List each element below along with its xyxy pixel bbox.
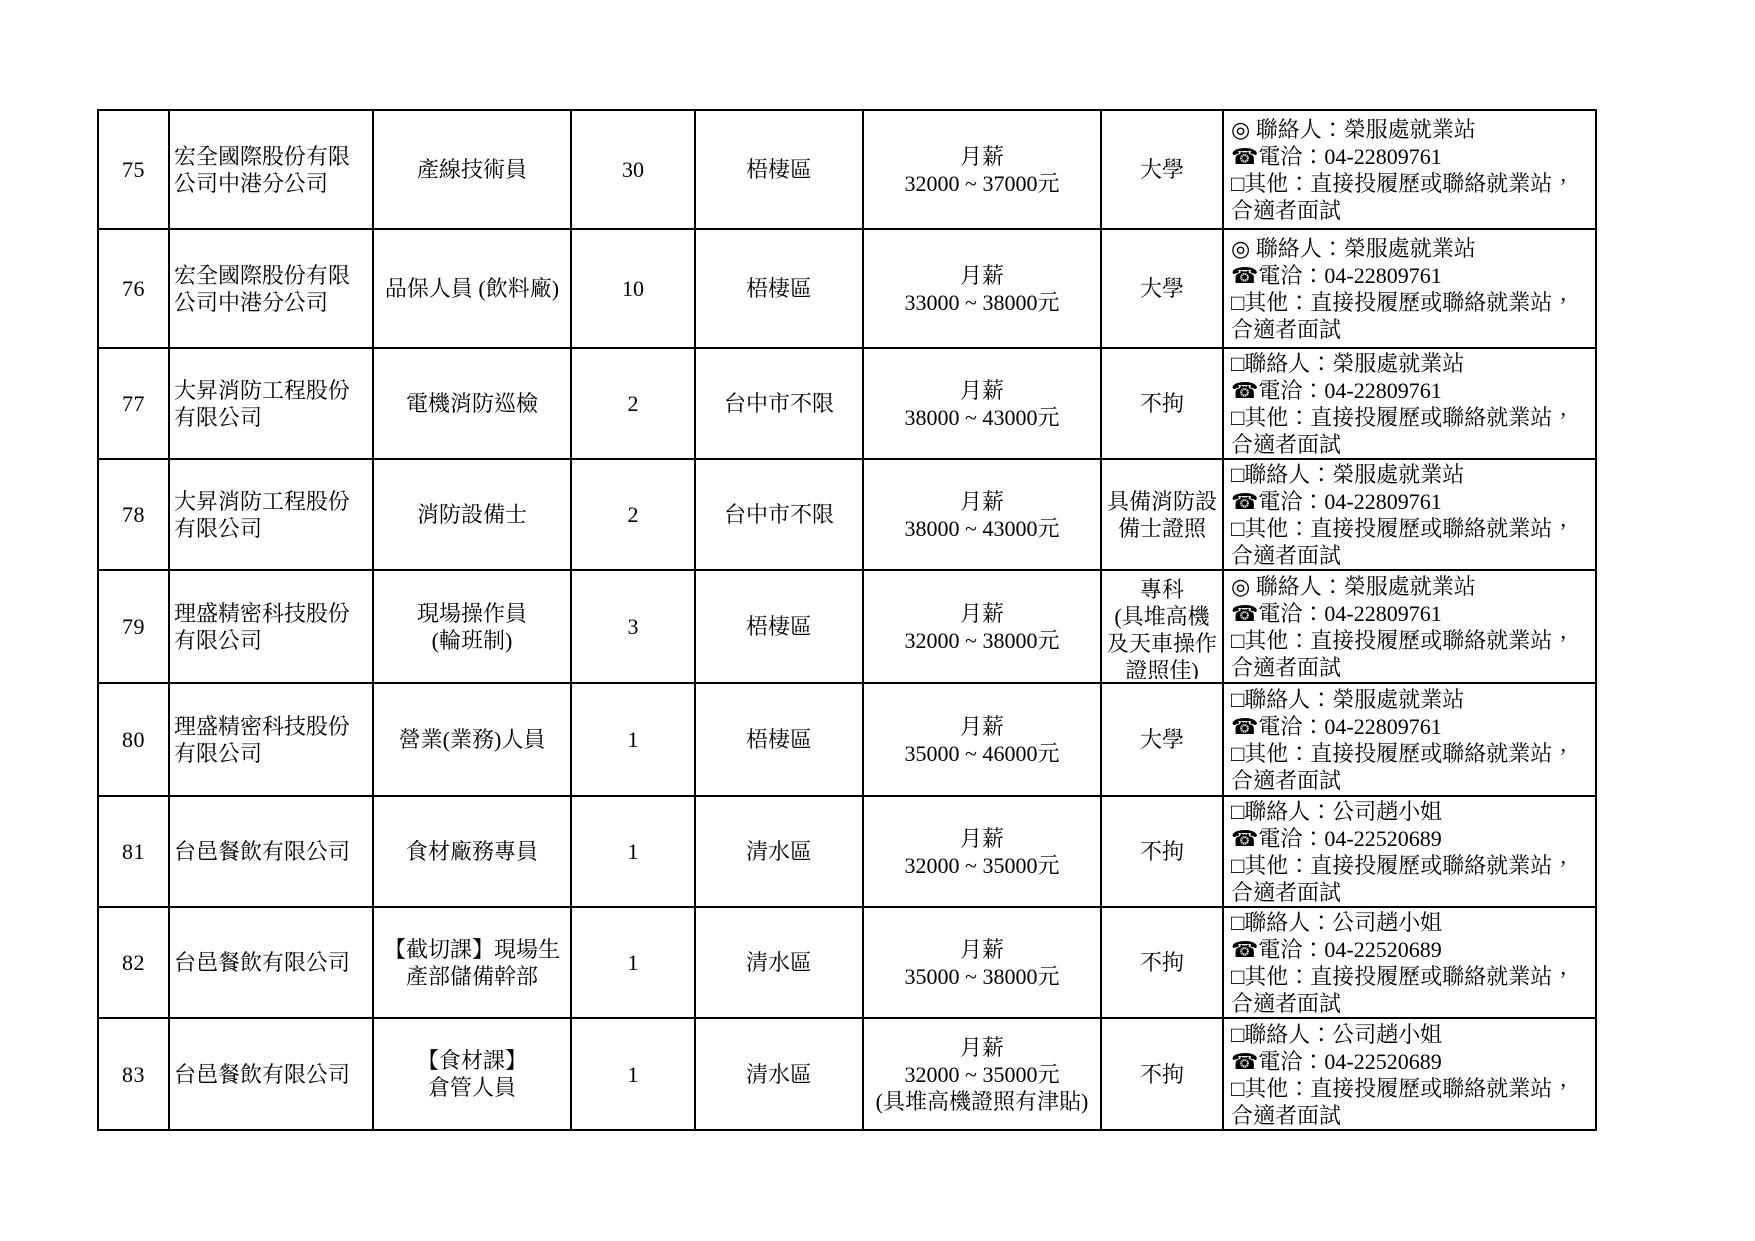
cell-job-title: 【截切課】現場生產部儲備幹部 xyxy=(373,907,571,1018)
cell-salary-line: (具堆高機證照有津貼) xyxy=(868,1088,1096,1115)
cell-district-text: 清水區 xyxy=(696,836,862,867)
cell-district-text: 台中市不限 xyxy=(696,499,862,530)
cell-contact-info-line: 合適者面試 xyxy=(1231,767,1593,794)
cell-contact-info-line: □聯絡人：榮服處就業站 xyxy=(1231,686,1593,713)
cell-row-number-text: 80 xyxy=(99,724,168,755)
cell-company-name-line: 大昇消防工程股份 xyxy=(174,377,370,404)
cell-salary-line: 月薪 xyxy=(868,713,1096,740)
cell-contact-info: □聯絡人：公司趙小姐☎電洽：04-22520689□其他：直接投履歷或聯絡就業站… xyxy=(1223,796,1596,907)
cell-district: 梧棲區 xyxy=(695,110,863,229)
cell-company-name-line: 台邑餐飲有限公司 xyxy=(174,838,370,865)
cell-education-requirement: 不拘 xyxy=(1101,348,1223,459)
cell-row-number-text: 75 xyxy=(99,154,168,185)
table-row: 81台邑餐飲有限公司食材廠務專員1清水區月薪32000 ~ 35000元不拘□聯… xyxy=(98,796,1596,907)
cell-district: 梧棲區 xyxy=(695,229,863,348)
cell-company-name: 台邑餐飲有限公司 xyxy=(169,796,373,907)
cell-education-requirement-line: 不拘 xyxy=(1105,1061,1219,1088)
cell-openings-count-text: 30 xyxy=(572,154,694,185)
cell-education-requirement-line: (具堆高機 xyxy=(1105,603,1219,630)
document-page: 75宏全國際股份有限公司中港分公司產線技術員30梧棲區月薪32000 ~ 370… xyxy=(0,0,1755,1241)
cell-contact-info-line: □聯絡人：公司趙小姐 xyxy=(1231,909,1593,936)
cell-company-name-line: 有限公司 xyxy=(174,740,370,767)
cell-salary-line: 月薪 xyxy=(868,600,1096,627)
cell-education-requirement: 不拘 xyxy=(1101,796,1223,907)
cell-district: 梧棲區 xyxy=(695,570,863,683)
cell-district: 梧棲區 xyxy=(695,683,863,796)
cell-education-requirement-line: 大學 xyxy=(1105,156,1219,183)
cell-row-number-text: 78 xyxy=(99,499,168,530)
table-row: 75宏全國際股份有限公司中港分公司產線技術員30梧棲區月薪32000 ~ 370… xyxy=(98,110,1596,229)
cell-salary: 月薪35000 ~ 38000元 xyxy=(863,907,1101,1018)
cell-company-name: 大昇消防工程股份有限公司 xyxy=(169,348,373,459)
cell-job-title-line: 食材廠務專員 xyxy=(378,838,566,865)
cell-contact-info-line: ◎ 聯絡人：榮服處就業站 xyxy=(1231,116,1593,143)
cell-salary-line: 月薪 xyxy=(868,377,1096,404)
cell-contact-info: □聯絡人：榮服處就業站☎電洽：04-22809761□其他：直接投履歷或聯絡就業… xyxy=(1223,459,1596,570)
cell-education-requirement-line: 證照佳) xyxy=(1105,657,1219,679)
cell-salary-line: 32000 ~ 38000元 xyxy=(868,627,1096,654)
cell-education-requirement-line: 不拘 xyxy=(1105,838,1219,865)
cell-contact-info-line: ☎電洽：04-22520689 xyxy=(1231,1048,1593,1075)
cell-openings-count: 1 xyxy=(571,1018,695,1130)
cell-row-number: 79 xyxy=(98,570,169,683)
cell-salary-line: 月薪 xyxy=(868,262,1096,289)
cell-salary-line: 32000 ~ 35000元 xyxy=(868,1061,1096,1088)
cell-company-name-line: 公司中港分公司 xyxy=(174,170,370,197)
cell-openings-count: 1 xyxy=(571,683,695,796)
cell-company-name-line: 台邑餐飲有限公司 xyxy=(174,1061,370,1088)
cell-salary: 月薪35000 ~ 46000元 xyxy=(863,683,1101,796)
cell-contact-info-line: □其他：直接投履歷或聯絡就業站， xyxy=(1231,852,1593,879)
cell-openings-count-text: 1 xyxy=(572,947,694,978)
cell-education-requirement: 大學 xyxy=(1101,110,1223,229)
cell-education-requirement: 專科(具堆高機及天車操作證照佳) xyxy=(1101,570,1223,683)
cell-job-title: 產線技術員 xyxy=(373,110,571,229)
cell-job-title-line: 消防設備士 xyxy=(378,501,566,528)
cell-contact-info: ◎ 聯絡人：榮服處就業站☎電洽：04-22809761□其他：直接投履歷或聯絡就… xyxy=(1223,110,1596,229)
cell-company-name-line: 宏全國際股份有限 xyxy=(174,143,370,170)
job-table-body: 75宏全國際股份有限公司中港分公司產線技術員30梧棲區月薪32000 ~ 370… xyxy=(98,110,1596,1130)
cell-row-number: 82 xyxy=(98,907,169,1018)
cell-district-text: 清水區 xyxy=(696,1059,862,1090)
cell-contact-info-line: 合適者面試 xyxy=(1231,654,1593,681)
cell-contact-info: ◎ 聯絡人：榮服處就業站☎電洽：04-22809761□其他：直接投履歷或聯絡就… xyxy=(1223,570,1596,683)
cell-salary-line: 32000 ~ 35000元 xyxy=(868,852,1096,879)
cell-salary: 月薪38000 ~ 43000元 xyxy=(863,348,1101,459)
cell-company-name-line: 有限公司 xyxy=(174,404,370,431)
cell-company-name-line: 台邑餐飲有限公司 xyxy=(174,949,370,976)
cell-openings-count-text: 2 xyxy=(572,499,694,530)
cell-company-name: 台邑餐飲有限公司 xyxy=(169,907,373,1018)
cell-contact-info-line: 合適者面試 xyxy=(1231,542,1593,569)
cell-company-name: 宏全國際股份有限公司中港分公司 xyxy=(169,110,373,229)
cell-salary-line: 月薪 xyxy=(868,488,1096,515)
cell-salary: 月薪33000 ~ 38000元 xyxy=(863,229,1101,348)
cell-contact-info-line: □聯絡人：公司趙小姐 xyxy=(1231,1021,1593,1048)
cell-row-number: 75 xyxy=(98,110,169,229)
cell-district: 台中市不限 xyxy=(695,348,863,459)
cell-contact-info-line: □其他：直接投履歷或聯絡就業站， xyxy=(1231,1075,1593,1102)
cell-salary-line: 35000 ~ 46000元 xyxy=(868,740,1096,767)
cell-company-name-line: 有限公司 xyxy=(174,515,370,542)
cell-contact-info-line: ☎電洽：04-22809761 xyxy=(1231,600,1593,627)
cell-job-title: 【食材課】倉管人員 xyxy=(373,1018,571,1130)
cell-company-name-line: 理盛精密科技股份 xyxy=(174,713,370,740)
cell-row-number: 78 xyxy=(98,459,169,570)
cell-contact-info: □聯絡人：榮服處就業站☎電洽：04-22809761□其他：直接投履歷或聯絡就業… xyxy=(1223,348,1596,459)
cell-district-text: 梧棲區 xyxy=(696,273,862,304)
cell-salary-line: 月薪 xyxy=(868,825,1096,852)
cell-job-title: 營業(業務)人員 xyxy=(373,683,571,796)
cell-row-number-text: 76 xyxy=(99,273,168,304)
cell-contact-info-line: 合適者面試 xyxy=(1231,1102,1593,1129)
cell-job-title-line: 產部儲備幹部 xyxy=(378,963,566,990)
cell-company-name-line: 理盛精密科技股份 xyxy=(174,600,370,627)
cell-openings-count-text: 1 xyxy=(572,1059,694,1090)
cell-contact-info-line: □其他：直接投履歷或聯絡就業站， xyxy=(1231,627,1593,654)
cell-job-title-line: 【截切課】現場生 xyxy=(378,936,566,963)
cell-row-number-text: 81 xyxy=(99,836,168,867)
cell-openings-count: 3 xyxy=(571,570,695,683)
cell-job-title-line: 營業(業務)人員 xyxy=(378,726,566,753)
cell-contact-info-line: □聯絡人：榮服處就業站 xyxy=(1231,461,1593,488)
cell-row-number-text: 79 xyxy=(99,611,168,642)
cell-openings-count: 10 xyxy=(571,229,695,348)
cell-company-name-line: 有限公司 xyxy=(174,627,370,654)
cell-contact-info-line: ◎ 聯絡人：榮服處就業站 xyxy=(1231,235,1593,262)
cell-education-requirement: 不拘 xyxy=(1101,1018,1223,1130)
cell-district: 台中市不限 xyxy=(695,459,863,570)
cell-openings-count-text: 2 xyxy=(572,388,694,419)
table-row: 78大昇消防工程股份有限公司消防設備士2台中市不限月薪38000 ~ 43000… xyxy=(98,459,1596,570)
cell-contact-info-line: ☎電洽：04-22809761 xyxy=(1231,143,1593,170)
cell-contact-info-line: 合適者面試 xyxy=(1231,990,1593,1017)
cell-job-title-line: 品保人員 (飲料廠) xyxy=(378,275,566,302)
cell-job-title: 現場操作員(輪班制) xyxy=(373,570,571,683)
cell-company-name: 台邑餐飲有限公司 xyxy=(169,1018,373,1130)
cell-salary: 月薪32000 ~ 37000元 xyxy=(863,110,1101,229)
cell-contact-info-line: □聯絡人：公司趙小姐 xyxy=(1231,798,1593,825)
cell-education-requirement-line: 具備消防設 xyxy=(1105,488,1219,515)
table-row: 82台邑餐飲有限公司【截切課】現場生產部儲備幹部1清水區月薪35000 ~ 38… xyxy=(98,907,1596,1018)
cell-district: 清水區 xyxy=(695,796,863,907)
cell-education-requirement-line: 不拘 xyxy=(1105,949,1219,976)
cell-row-number-text: 82 xyxy=(99,947,168,978)
cell-job-title-line: 產線技術員 xyxy=(378,156,566,183)
cell-education-requirement-line: 及天車操作 xyxy=(1105,630,1219,657)
cell-salary-line: 33000 ~ 38000元 xyxy=(868,289,1096,316)
cell-education-requirement: 大學 xyxy=(1101,229,1223,348)
cell-openings-count-text: 1 xyxy=(572,836,694,867)
cell-job-title: 消防設備士 xyxy=(373,459,571,570)
cell-openings-count: 2 xyxy=(571,459,695,570)
cell-salary-line: 38000 ~ 43000元 xyxy=(868,515,1096,542)
cell-contact-info: □聯絡人：榮服處就業站☎電洽：04-22809761□其他：直接投履歷或聯絡就業… xyxy=(1223,683,1596,796)
cell-openings-count: 2 xyxy=(571,348,695,459)
cell-company-name: 理盛精密科技股份有限公司 xyxy=(169,683,373,796)
cell-contact-info-line: □其他：直接投履歷或聯絡就業站， xyxy=(1231,963,1593,990)
cell-salary-line: 月薪 xyxy=(868,143,1096,170)
cell-contact-info-line: □其他：直接投履歷或聯絡就業站， xyxy=(1231,404,1593,431)
cell-salary: 月薪32000 ~ 35000元 xyxy=(863,796,1101,907)
table-row: 80理盛精密科技股份有限公司營業(業務)人員1梧棲區月薪35000 ~ 4600… xyxy=(98,683,1596,796)
cell-education-requirement-line: 專科 xyxy=(1105,576,1219,603)
table-row: 83台邑餐飲有限公司【食材課】倉管人員1清水區月薪32000 ~ 35000元(… xyxy=(98,1018,1596,1130)
cell-contact-info-line: □其他：直接投履歷或聯絡就業站， xyxy=(1231,170,1593,197)
cell-row-number: 76 xyxy=(98,229,169,348)
cell-education-requirement: 不拘 xyxy=(1101,907,1223,1018)
cell-education-requirement-line: 大學 xyxy=(1105,275,1219,302)
cell-row-number: 80 xyxy=(98,683,169,796)
cell-company-name: 宏全國際股份有限公司中港分公司 xyxy=(169,229,373,348)
cell-district: 清水區 xyxy=(695,907,863,1018)
cell-job-title-line: 電機消防巡檢 xyxy=(378,390,566,417)
cell-contact-info-line: ◎ 聯絡人：榮服處就業站 xyxy=(1231,573,1593,600)
cell-openings-count-text: 10 xyxy=(572,273,694,304)
cell-contact-info-line: □其他：直接投履歷或聯絡就業站， xyxy=(1231,740,1593,767)
cell-salary-line: 月薪 xyxy=(868,1034,1096,1061)
cell-contact-info-line: ☎電洽：04-22809761 xyxy=(1231,262,1593,289)
cell-openings-count-text: 3 xyxy=(572,611,694,642)
cell-contact-info: □聯絡人：公司趙小姐☎電洽：04-22520689□其他：直接投履歷或聯絡就業站… xyxy=(1223,907,1596,1018)
cell-district: 清水區 xyxy=(695,1018,863,1130)
table-row: 77大昇消防工程股份有限公司電機消防巡檢2台中市不限月薪38000 ~ 4300… xyxy=(98,348,1596,459)
cell-job-title: 品保人員 (飲料廠) xyxy=(373,229,571,348)
table-row: 79理盛精密科技股份有限公司現場操作員(輪班制)3梧棲區月薪32000 ~ 38… xyxy=(98,570,1596,683)
cell-education-requirement-line: 備士證照 xyxy=(1105,515,1219,542)
cell-district-text: 梧棲區 xyxy=(696,154,862,185)
cell-salary-line: 32000 ~ 37000元 xyxy=(868,170,1096,197)
cell-district-text: 梧棲區 xyxy=(696,724,862,755)
cell-contact-info-line: 合適者面試 xyxy=(1231,879,1593,906)
cell-contact-info-line: □聯絡人：榮服處就業站 xyxy=(1231,350,1593,377)
cell-contact-info-line: ☎電洽：04-22520689 xyxy=(1231,936,1593,963)
cell-job-title: 食材廠務專員 xyxy=(373,796,571,907)
cell-job-title-line: 【食材課】 xyxy=(378,1047,566,1074)
cell-contact-info-line: □其他：直接投履歷或聯絡就業站， xyxy=(1231,515,1593,542)
cell-row-number-text: 77 xyxy=(99,388,168,419)
cell-row-number-text: 83 xyxy=(99,1059,168,1090)
cell-company-name-line: 大昇消防工程股份 xyxy=(174,488,370,515)
cell-openings-count: 1 xyxy=(571,907,695,1018)
cell-education-requirement-line: 大學 xyxy=(1105,726,1219,753)
cell-row-number: 81 xyxy=(98,796,169,907)
table-row: 76宏全國際股份有限公司中港分公司品保人員 (飲料廠)10梧棲區月薪33000 … xyxy=(98,229,1596,348)
cell-company-name: 理盛精密科技股份有限公司 xyxy=(169,570,373,683)
cell-contact-info-line: ☎電洽：04-22520689 xyxy=(1231,825,1593,852)
cell-salary-line: 35000 ~ 38000元 xyxy=(868,963,1096,990)
cell-company-name-line: 宏全國際股份有限 xyxy=(174,262,370,289)
cell-education-requirement-line: 不拘 xyxy=(1105,390,1219,417)
cell-contact-info-line: ☎電洽：04-22809761 xyxy=(1231,488,1593,515)
cell-openings-count: 30 xyxy=(571,110,695,229)
cell-contact-info-line: □其他：直接投履歷或聯絡就業站， xyxy=(1231,289,1593,316)
cell-district-text: 台中市不限 xyxy=(696,388,862,419)
cell-district-text: 梧棲區 xyxy=(696,611,862,642)
cell-salary: 月薪32000 ~ 38000元 xyxy=(863,570,1101,683)
cell-row-number: 83 xyxy=(98,1018,169,1130)
cell-openings-count: 1 xyxy=(571,796,695,907)
cell-contact-info-line: ☎電洽：04-22809761 xyxy=(1231,713,1593,740)
cell-district-text: 清水區 xyxy=(696,947,862,978)
cell-education-requirement: 具備消防設備士證照 xyxy=(1101,459,1223,570)
cell-job-title-line: 倉管人員 xyxy=(378,1074,566,1101)
cell-contact-info-line: 合適者面試 xyxy=(1231,316,1593,343)
cell-job-title-line: (輪班制) xyxy=(378,627,566,654)
cell-contact-info-line: 合適者面試 xyxy=(1231,431,1593,458)
cell-company-name-line: 公司中港分公司 xyxy=(174,289,370,316)
cell-salary: 月薪38000 ~ 43000元 xyxy=(863,459,1101,570)
cell-education-requirement: 大學 xyxy=(1101,683,1223,796)
cell-job-title-line: 現場操作員 xyxy=(378,600,566,627)
cell-job-title: 電機消防巡檢 xyxy=(373,348,571,459)
cell-salary-line: 月薪 xyxy=(868,936,1096,963)
job-listing-table: 75宏全國際股份有限公司中港分公司產線技術員30梧棲區月薪32000 ~ 370… xyxy=(97,109,1597,1131)
cell-contact-info-line: ☎電洽：04-22809761 xyxy=(1231,377,1593,404)
cell-contact-info: □聯絡人：公司趙小姐☎電洽：04-22520689□其他：直接投履歷或聯絡就業站… xyxy=(1223,1018,1596,1130)
cell-company-name: 大昇消防工程股份有限公司 xyxy=(169,459,373,570)
cell-contact-info-line: 合適者面試 xyxy=(1231,197,1593,224)
cell-contact-info: ◎ 聯絡人：榮服處就業站☎電洽：04-22809761□其他：直接投履歷或聯絡就… xyxy=(1223,229,1596,348)
cell-openings-count-text: 1 xyxy=(572,724,694,755)
cell-row-number: 77 xyxy=(98,348,169,459)
cell-salary-line: 38000 ~ 43000元 xyxy=(868,404,1096,431)
cell-salary: 月薪32000 ~ 35000元(具堆高機證照有津貼) xyxy=(863,1018,1101,1130)
